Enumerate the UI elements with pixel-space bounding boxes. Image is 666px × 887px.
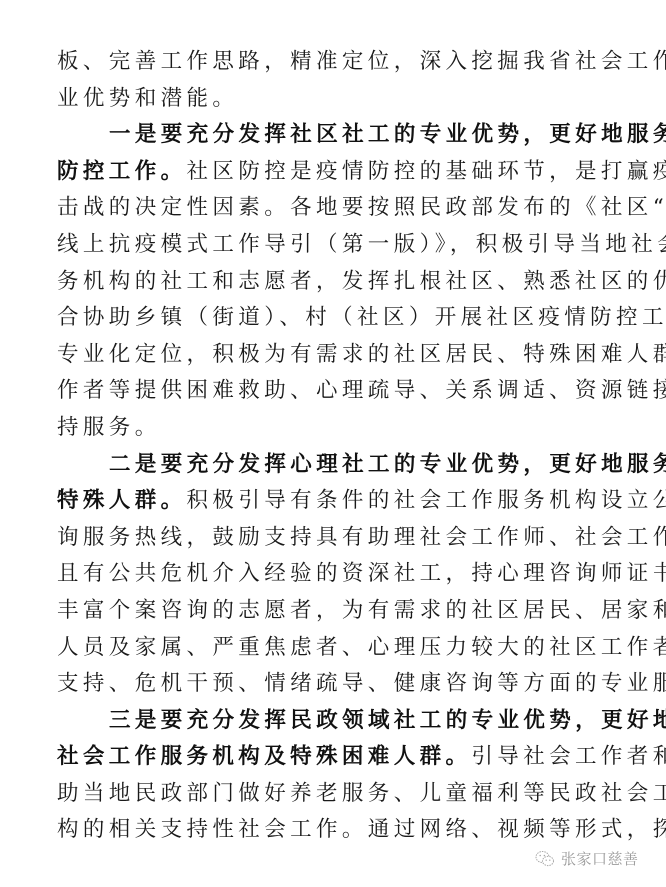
text-segment: 专业化定位，积极为有需求的社区居民、特殊困难人群、社区工 <box>57 342 666 367</box>
text-line: 击战的决定性因素。各地要按照民政部发布的《社区“三社联动” <box>57 190 617 227</box>
text-segment: 构的相关支持性社会工作。通过网络、视频等形式，探索做好疫 <box>57 817 666 842</box>
text-line: 支持、危机干预、情绪疏导、健康咨询等方面的专业服务。 <box>57 666 617 703</box>
watermark: 张家口慈善 <box>535 848 639 869</box>
text-segment: 作者等提供困难救助、心理疏导、关系调适、资源链接等社会支 <box>57 378 666 403</box>
wechat-icon <box>535 850 555 868</box>
text-segment: 线上抗疫模式工作导引（第一版）》，积极引导当地社会工作服 <box>57 232 666 257</box>
text-segment: 积极引导有条件的社会工作服务机构设立公益心理咨 <box>187 488 666 513</box>
bold-text-segment: 社会工作服务机构及特殊困难人群。 <box>57 744 471 769</box>
paragraph-heading-line: 一是要充分发挥社区社工的专业优势，更好地服务社区疫情 <box>57 117 617 154</box>
text-line: 持服务。 <box>57 410 617 447</box>
text-line: 询服务热线，鼓励支持具有助理社会工作师、社会工作师证书， <box>57 520 617 557</box>
text-line: 特殊人群。积极引导有条件的社会工作服务机构设立公益心理咨 <box>57 483 617 520</box>
document-body: 板、完善工作思路，精准定位，深入挖掘我省社会工作蕴含的专业优势和潜能。一是要充分… <box>57 44 617 849</box>
text-line: 专业化定位，积极为有需求的社区居民、特殊困难人群、社区工 <box>57 337 617 374</box>
text-segment: 持服务。 <box>57 415 161 440</box>
text-segment: 且有公共危机介入经验的资深社工，持心理咨询师证书，并具有 <box>57 561 666 586</box>
text-segment: 合协助乡镇（街道）、村（社区）开展社区疫情防控工作中坚守 <box>57 305 666 330</box>
text-line: 业优势和潜能。 <box>57 81 617 118</box>
text-line: 且有公共危机介入经验的资深社工，持心理咨询师证书，并具有 <box>57 556 617 593</box>
text-segment: 社区防控是疫情防控的基础环节，是打赢疫情防控阻 <box>187 159 666 184</box>
text-segment: 丰富个案咨询的志愿者，为有需求的社区居民、居家和集中隔离 <box>57 598 666 623</box>
paragraph-heading-line: 二是要充分发挥心理社工的专业优势，更好地服务疫情防控 <box>57 447 617 484</box>
text-line: 线上抗疫模式工作导引（第一版）》，积极引导当地社会工作服 <box>57 227 617 264</box>
text-line: 作者等提供困难救助、心理疏导、关系调适、资源链接等社会支 <box>57 373 617 410</box>
text-line: 板、完善工作思路，精准定位，深入挖掘我省社会工作蕴含的专 <box>57 44 617 81</box>
text-line: 助当地民政部门做好养老服务、儿童福利等民政社会工作服务机 <box>57 776 617 813</box>
text-line: 防控工作。社区防控是疫情防控的基础环节，是打赢疫情防控阻 <box>57 154 617 191</box>
text-line: 务机构的社工和志愿者，发挥扎根社区、熟悉社区的优势，在配 <box>57 264 617 301</box>
text-segment: 人员及家属、严重焦虑者、心理压力较大的社区工作者提供心理 <box>57 635 666 660</box>
bold-text-segment: 防控工作。 <box>57 159 187 184</box>
text-segment: 业优势和潜能。 <box>57 86 238 111</box>
bold-text-segment: 一是要充分发挥社区社工的专业优势，更好地服务社区疫情 <box>109 122 666 147</box>
text-segment: 询服务热线，鼓励支持具有助理社会工作师、社会工作师证书， <box>57 525 666 550</box>
text-line: 社会工作服务机构及特殊困难人群。引导社会工作者和志愿者协 <box>57 739 617 776</box>
text-segment: 助当地民政部门做好养老服务、儿童福利等民政社会工作服务机 <box>57 781 666 806</box>
text-segment: 板、完善工作思路，精准定位，深入挖掘我省社会工作蕴含的专 <box>57 49 666 74</box>
text-segment: 务机构的社工和志愿者，发挥扎根社区、熟悉社区的优势，在配 <box>57 269 666 294</box>
text-segment: 击战的决定性因素。各地要按照民政部发布的《社区“三社联动” <box>57 195 666 220</box>
text-line: 丰富个案咨询的志愿者，为有需求的社区居民、居家和集中隔离 <box>57 593 617 630</box>
bold-text-segment: 二是要充分发挥心理社工的专业优势，更好地服务疫情防控 <box>109 452 666 477</box>
bold-text-segment: 特殊人群。 <box>57 488 187 513</box>
bold-text-segment: 三是要充分发挥民政领域社工的专业优势，更好地服务民政 <box>109 708 666 733</box>
text-segment: 支持、危机干预、情绪疏导、健康咨询等方面的专业服务。 <box>57 671 666 696</box>
text-segment: 引导社会工作者和志愿者协 <box>471 744 666 769</box>
text-line: 构的相关支持性社会工作。通过网络、视频等形式，探索做好疫 <box>57 812 617 849</box>
text-line: 合协助乡镇（街道）、村（社区）开展社区疫情防控工作中坚守 <box>57 300 617 337</box>
text-line: 人员及家属、严重焦虑者、心理压力较大的社区工作者提供心理 <box>57 630 617 667</box>
paragraph-heading-line: 三是要充分发挥民政领域社工的专业优势，更好地服务民政 <box>57 703 617 740</box>
watermark-text: 张家口慈善 <box>561 848 639 869</box>
